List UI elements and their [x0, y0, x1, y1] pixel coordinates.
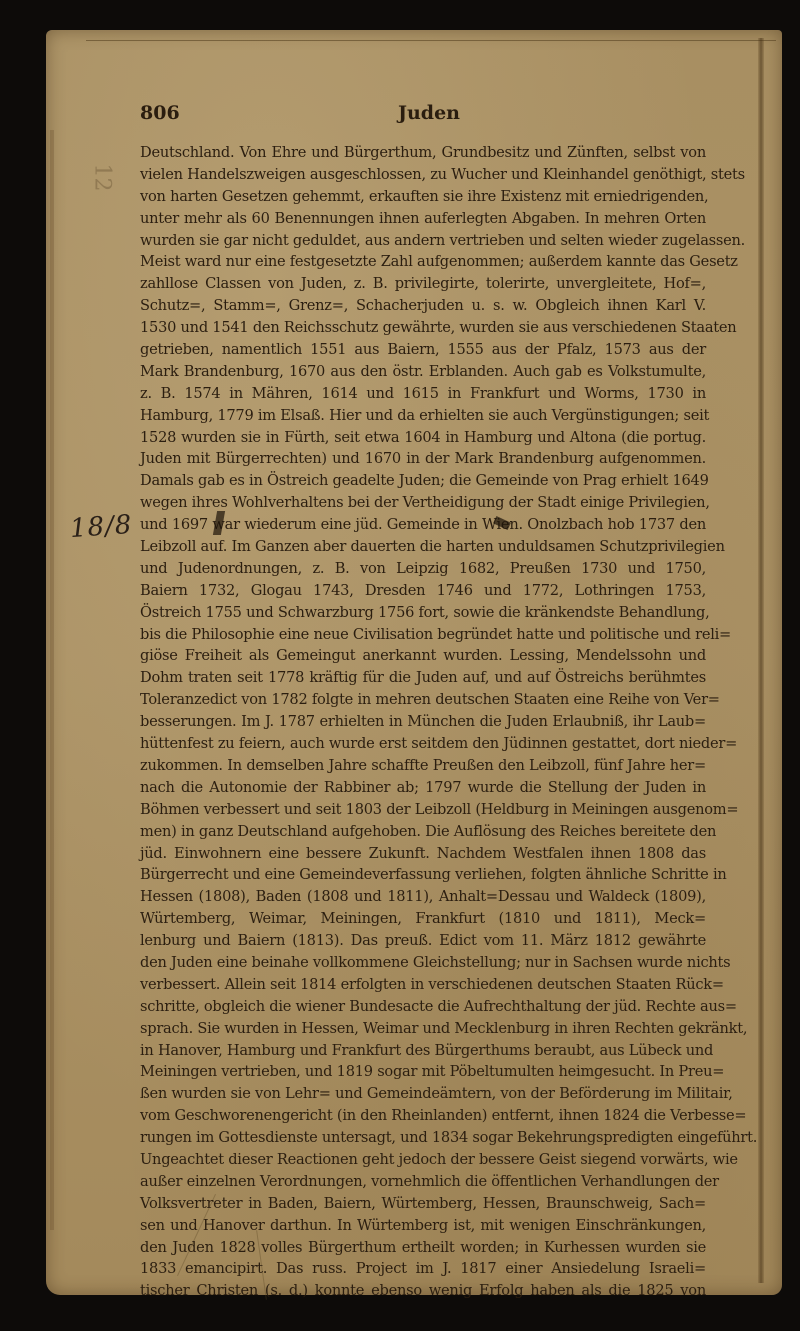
text-line: Würtemberg, Weimar, Meiningen, Frankfurt… — [140, 908, 706, 930]
text-line: Bürgerrecht und eine Gemeindeverfassung … — [140, 864, 706, 886]
text-line: in Hanover, Hamburg und Frankfurt des Bü… — [140, 1040, 706, 1062]
page-top-edge — [86, 30, 776, 41]
text-line: z. B. 1574 in Mähren, 1614 und 1615 in F… — [140, 383, 706, 405]
text-line: zahllose Classen von Juden, z. B. privil… — [140, 273, 706, 295]
page-left-fold — [50, 130, 54, 1230]
text-line: vom Geschworenengericht (in den Rheinlan… — [140, 1105, 706, 1127]
text-line: 1530 und 1541 den Reichsschutz gewährte,… — [140, 317, 706, 339]
page-right-fold — [758, 38, 764, 1283]
text-line: ßen wurden sie von Lehr= und Gemeindeämt… — [140, 1083, 706, 1105]
text-line: den Juden 1828 volles Bürgerthum ertheil… — [140, 1237, 706, 1259]
text-line: den Juden eine beinahe vollkommene Gleic… — [140, 952, 706, 974]
text-line: Deutschland. Von Ehre und Bürgerthum, Gr… — [140, 142, 706, 164]
body-text: Deutschland. Von Ehre und Bürgerthum, Gr… — [140, 142, 706, 1302]
text-line: giöse Freiheit als Gemeingut anerkannt w… — [140, 645, 706, 667]
text-line: von harten Gesetzen gehemmt, erkauften s… — [140, 186, 706, 208]
text-line: men) in ganz Deutschland aufgehoben. Die… — [140, 821, 706, 843]
text-line: Meiningen vertrieben, und 1819 sogar mit… — [140, 1061, 706, 1083]
text-line: Meist ward nur eine festgesetzte Zahl au… — [140, 251, 706, 273]
text-line: Hamburg, 1779 im Elsaß. Hier und da erhi… — [140, 405, 706, 427]
text-line: außer einzelnen Verordnungen, vornehmlic… — [140, 1171, 706, 1193]
handwritten-margin-note: 18/8 — [69, 510, 133, 544]
text-line: Leibzoll auf. Im Ganzen aber dauerten di… — [140, 536, 706, 558]
text-line: getrieben, namentlich 1551 aus Baiern, 1… — [140, 339, 706, 361]
text-line: hüttenfest zu feiern, auch wurde erst se… — [140, 733, 706, 755]
running-title: Juden — [398, 102, 460, 124]
faint-pencil-mark: 12 — [90, 164, 115, 192]
text-line: unter mehr als 60 Benennungen ihnen aufe… — [140, 208, 706, 230]
text-line: sen und Hanover darthun. In Würtemberg i… — [140, 1215, 706, 1237]
text-line: rungen im Gottesdienste untersagt, und 1… — [140, 1127, 706, 1149]
text-line: Toleranzedict von 1782 folgte in mehren … — [140, 689, 706, 711]
text-line: zukommen. In demselben Jahre schaffte Pr… — [140, 755, 706, 777]
text-line: tischer Christen (s. d.) konnte ebenso w… — [140, 1280, 706, 1302]
text-line: jüd. Einwohnern eine bessere Zukunft. Na… — [140, 843, 706, 865]
text-line: und 1697 war wiederum eine jüd. Gemeinde… — [140, 514, 706, 536]
text-line: 1833 emancipirt. Das russ. Project im J.… — [140, 1258, 706, 1280]
text-line: Juden mit Bürgerrechten) und 1670 in der… — [140, 448, 706, 470]
text-line: lenburg und Baiern (1813). Das preuß. Ed… — [140, 930, 706, 952]
text-line: Östreich 1755 und Schwarzburg 1756 fort,… — [140, 602, 706, 624]
text-line: Volksvertreter in Baden, Baiern, Würtemb… — [140, 1193, 706, 1215]
text-line: Ungeachtet dieser Reactionen geht jedoch… — [140, 1149, 706, 1171]
text-line: vielen Handelszweigen ausgeschlossen, zu… — [140, 164, 706, 186]
page-number: 806 — [140, 102, 180, 124]
text-line: sprach. Sie wurden in Hessen, Weimar und… — [140, 1018, 706, 1040]
text-line: bis die Philosophie eine neue Civilisati… — [140, 624, 706, 646]
text-line: wurden sie gar nicht geduldet, aus ander… — [140, 230, 706, 252]
running-head: 806 Juden — [140, 102, 705, 128]
text-line: Dohm traten seit 1778 kräftig für die Ju… — [140, 667, 706, 689]
text-line: Mark Brandenburg, 1670 aus den östr. Erb… — [140, 361, 706, 383]
text-line: 1528 wurden sie in Fürth, seit etwa 1604… — [140, 427, 706, 449]
text-line: Baiern 1732, Glogau 1743, Dresden 1746 u… — [140, 580, 706, 602]
text-line: schritte, obgleich die wiener Bundesacte… — [140, 996, 706, 1018]
text-line: Böhmen verbessert und seit 1803 der Leib… — [140, 799, 706, 821]
text-line: nach die Autonomie der Rabbiner ab; 1797… — [140, 777, 706, 799]
text-line: besserungen. Im J. 1787 erhielten in Mün… — [140, 711, 706, 733]
text-line: verbessert. Allein seit 1814 erfolgten i… — [140, 974, 706, 996]
scan-background: 12 806 Juden 18/8 Deutschland. Von Ehre … — [0, 0, 800, 1331]
text-line: Schutz=, Stamm=, Grenz=, Schacherjuden u… — [140, 295, 706, 317]
text-line: Hessen (1808), Baden (1808 und 1811), An… — [140, 886, 706, 908]
text-line: Damals gab es in Östreich geadelte Juden… — [140, 470, 706, 492]
text-line: und Judenordnungen, z. B. von Leipzig 16… — [140, 558, 706, 580]
